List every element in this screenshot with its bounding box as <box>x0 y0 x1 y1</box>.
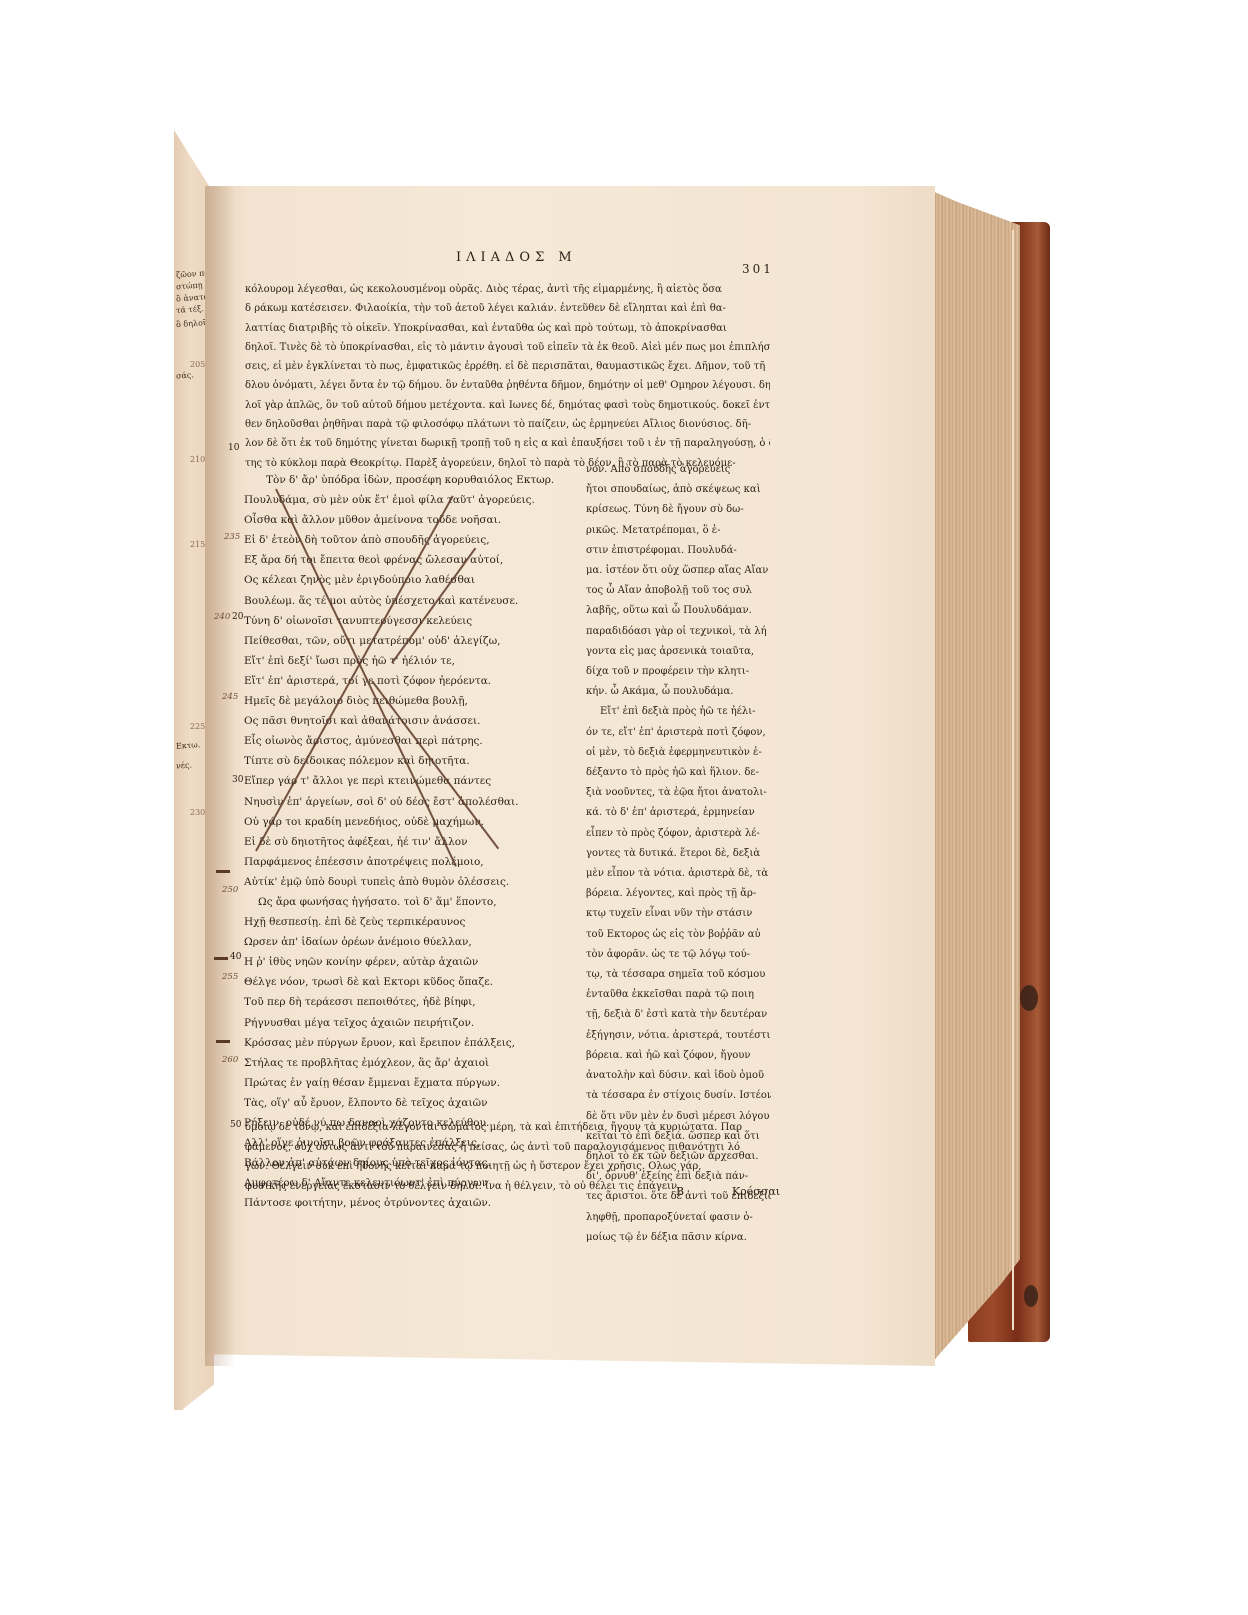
scholia-line: ξιὰ νοοῦντες, τὰ ἑῷα ἤτοι ἀνατολι- <box>586 783 771 803</box>
verse-line: Τύνη δ' οἰωνοῖσι τανυπτερύγεσσι κελεύεις <box>244 611 579 631</box>
scholia-line: φυσικῆς ἐνεργείας ἔκστασιν τὸ θέλγειν δη… <box>245 1177 770 1197</box>
scholia-line: βόρεια. καὶ ἠῶ καὶ ζόφον, ἤγουν <box>586 1046 771 1066</box>
verse-line: Ος πᾶσι θνητοῖσι καὶ ἀθανάτοισιν ἀνάσσει… <box>244 711 579 731</box>
margin-fragment: σάς. <box>176 369 195 381</box>
scholia-line: μὲν εἶπον τὰ νότια. ἀριστερὰ δὲ, τὰ <box>586 864 771 884</box>
scholia-line: δηλοῖ. Τινὲς δὲ τὸ ὑποκρίνασθαι, εἰς τὸ … <box>245 338 770 357</box>
scholia-line: ἐνταῦθα ἐκκεῖσθαι παρὰ τῷ ποιη <box>586 985 771 1005</box>
scholia-line: δ ράκωμ κατέσεισεν. Φιλαοίκία, τὴν τοῦ ἀ… <box>245 299 770 318</box>
verse-line: Ρήγνυσθαι μέγα τεῖχος ἀχαιῶν πειρήτιζον. <box>244 1013 579 1033</box>
verse-line: Στήλας τε προβλῆτας ἐμόχλεον, ἃς ἄρ' ἀχα… <box>244 1053 579 1073</box>
manicule-mark <box>214 957 228 960</box>
verse-line: Εἴτ' ἐπὶ δεξί' ἴωσι πρὸς ἠῶ τ' ἠέλιόν τε… <box>244 651 579 671</box>
scholia-line: λαττίας διατριβῆς τὸ οἰκεῖν. Υποκρίνασθα… <box>245 319 770 338</box>
verse-line: Εἴτ' ἐπ' ἀριστερά, τοί γε ποτὶ ζόφον ἠερ… <box>244 671 579 691</box>
verse-line: Θέλγε νόον, τρωσὶ δὲ καὶ Εκτορι κῦδος ὄπ… <box>244 972 579 992</box>
margin-verse-number: 210 <box>190 455 205 464</box>
page-number: 301 <box>742 262 774 276</box>
scholia-line: τῳ, τὰ τέσσαρα σημεῖα τοῦ κόσμου <box>586 965 771 985</box>
margin-fragment: νές. <box>176 759 193 771</box>
scholia-line: φάμενος, οὐχ οὕτως ἀντὶ τοῦ παραινέσας ἢ… <box>245 1138 770 1158</box>
book-photograph: ζῶον πολύ- στώπῃ δᾶ ὃ ἀνατολή τά τέξ. ὃ … <box>0 0 1248 1615</box>
scholia-line: νον. Απὸ σπουδῆς ἀγορεύεις <box>586 460 771 480</box>
margin-fragment: ὃ δηλοῖ, <box>176 317 209 330</box>
verse-line: Ος κέλεαι ζηνὸς μὲν ἐριγδούποιο λαθέσθαι <box>244 570 579 590</box>
verse-line: Ημεῖς δὲ μεγάλοιο διὸς πειθώμεθα βουλῇ, <box>244 691 579 711</box>
scholia-line: κρίσεως. Τύνη δὲ ἤγουν σὺ δω- <box>586 500 771 520</box>
catchword: Κρόσσαι <box>732 1185 780 1198</box>
margin-fragment: τά τέξ. <box>176 303 205 316</box>
scholia-line: κτῳ τυχεῖν εἶναι νῦν τὴν στάσιν <box>586 904 771 924</box>
verse-line: Τὸν δ' ἄρ' ὑπόδρα ἰδὼν, προσέφη κορυθαιό… <box>244 470 579 490</box>
margin-verse-number: 225 <box>190 722 205 731</box>
scholia-line: ρικῶς. Μετατρέπομαι, ὃ ἐ- <box>586 521 771 541</box>
handwritten-verse-number: 245 <box>222 692 238 702</box>
verse-line: Νηυσὶν ἐπ' ἀργείων, σοὶ δ' οὐ δέος ἔστ' … <box>244 792 579 812</box>
scholia-line: κά. τὸ δ' ἐπ' ἀριστερά, ἑρμηνείαν <box>586 803 771 823</box>
verse-line: Κρόσσας μὲν πύργων ἔρυον, καὶ ἔρειπον ἐπ… <box>244 1033 579 1053</box>
verse-line: Εἰ δ' ἐτεὸν δὴ τοῦτον ἀπὸ σπουδῆς ἀγορεύ… <box>244 530 579 550</box>
homer-verse-column: Τὸν δ' ἄρ' ὑπόδρα ἰδὼν, προσέφη κορυθαιό… <box>244 470 579 1213</box>
scholia-top-block: κόλουρομ λέγεσθαι, ὡς κεκολουσμένομ οὐρᾶ… <box>245 280 770 473</box>
printed-line-number: 50 <box>230 1120 241 1130</box>
cover-stain <box>1020 985 1038 1011</box>
scholia-line: ἀνατολὴν καὶ δύσιν. καὶ ἰδοὺ ὁμοῦ <box>586 1066 771 1086</box>
scholia-line: γοντες τὰ δυτικά. ἕτεροι δὲ, δεξιὰ <box>586 844 771 864</box>
verse-line: Τὰς, οἵγ' αὖ ἔρυον, ἔλποντο δὲ τεῖχος ἀχ… <box>244 1093 579 1113</box>
signature-mark: B <box>676 1185 684 1198</box>
scholia-line: ἐξήγησιν, νότια. ἀριστερά, τουτέστι <box>586 1026 771 1046</box>
scholia-line: θεν δηλοῦσθαι ῥηθῆναι παρὰ τῷ φιλοσόφῳ π… <box>245 415 770 434</box>
scholia-line: λοῖ γὰρ ἁπλῶς, ὃν τοῦ αὐτοῦ δήμου μετέχο… <box>245 396 770 415</box>
scholia-line: λαβῆς, οὕτω καὶ ὦ Πουλυδάμαν. <box>586 601 771 621</box>
running-head: ΙΛΙΑΔΟΣ Μ <box>456 250 577 265</box>
handwritten-verse-number: 260 <box>222 1055 238 1065</box>
scholia-line: δίχα τοῦ ν προφέρειν τὴν κλητι- <box>586 662 771 682</box>
scholia-line: τος ὦ Αἴαν ἀποβολῇ τοῦ τος συλ <box>586 581 771 601</box>
page-edges <box>930 190 1020 1365</box>
scholia-line: παραδιδόασι γὰρ οἱ τεχνικοὶ, τὰ λή <box>586 622 771 642</box>
scholia-line: κήν. ὦ Ακάμα, ὦ πουλυδάμα. <box>586 682 771 702</box>
scholia-line: βόρεια. λέγοντες, καὶ πρὸς τῇ ἄρ- <box>586 884 771 904</box>
verse-line: Πάντοσε φοιτήτην, μένος ὀτρύνοντες ἀχαιῶ… <box>244 1193 579 1213</box>
scholia-line: στιν ἐπιστρέφομαι. Πουλυδά- <box>586 541 771 561</box>
manicule-mark <box>216 870 230 873</box>
manicule-mark <box>216 1040 230 1043</box>
verse-line: Τοῦ περ δὴ τεράεσσι πεποιθότες, ἠδὲ βίηφ… <box>244 992 579 1012</box>
verse-line: Η ῥ' ἰθὺς νηῶν κονίην φέρεν, αὐτὰρ ἀχαιῶ… <box>244 952 579 972</box>
verse-line: Παρφάμενος ἐπέεσσιν ἀποτρέψεις πολέμοιο, <box>244 852 579 872</box>
margin-fragment: Εκτω. <box>176 739 201 752</box>
scholia-line: τὸν ἀφορᾶν. ὡς τε τῷ λόγῳ τού- <box>586 945 771 965</box>
scholia-line: ἤτοι σπουδαίως, ἀπὸ σκέψεως καὶ <box>586 480 771 500</box>
scholia-line: μοίως τῷ ἐν δέξια πᾶσιν κίρνα. <box>586 1228 771 1248</box>
scholia-line: μα. ἰστέον ὅτι οὐχ ὥσπερ αἴας Αἴαν <box>586 561 771 581</box>
scholia-line: σεις, εἰ μὲν ἐγκλίνεται τὸ πως, ἐμφατικῶ… <box>245 357 770 376</box>
scholia-line: ληφθῇ, προπαροξύνεταί φασιν ὁ- <box>586 1208 771 1228</box>
scholia-line: ὁμοίῳ δὲ τόνῳ, καὶ ἐπιδέξια λέγονται σώμ… <box>245 1118 770 1138</box>
margin-verse-number: 215 <box>190 540 205 549</box>
scholia-line: δέξαντο τὸ πρὸς ἠῶ καὶ ἥλιον. δε- <box>586 763 771 783</box>
scholia-line: τῇ, δεξιὰ δ' ἐστὶ κατὰ τὴν δευτέραν <box>586 1005 771 1025</box>
handwritten-verse-number: 240 <box>214 612 230 622</box>
scholia-line: εἶπεν τὸ πρὸς ζόφον, ἀριστερὰ λέ- <box>586 824 771 844</box>
handwritten-verse-number: 255 <box>222 972 238 982</box>
scholia-line: Εἴτ' ἐπὶ δεξιὰ πρὸς ἠῶ τε ἠέλι- <box>586 702 771 722</box>
printed-line-number: 10 <box>228 443 239 453</box>
cover-stain <box>1024 1285 1038 1307</box>
scholia-line: γοντα εἰς μας ἀρσενικὰ τοιαῦτα, <box>586 642 771 662</box>
verse-line: Πρώτας ἐν γαίῃ θέσαν ἔμμεναι ἔχματα πύργ… <box>244 1073 579 1093</box>
page-edge-highlight <box>1012 230 1014 1330</box>
scholia-line: οἱ μὲν, τὸ δεξιὰ ἐφερμηνευτικὸν ἐ- <box>586 743 771 763</box>
verse-line: Βουλέωμ. ἅς τέ μοι αὐτὸς ὑπέσχετο καὶ κα… <box>244 591 579 611</box>
printed-line-number: 40 <box>230 952 241 962</box>
margin-verse-number: 205 <box>190 360 205 369</box>
scholia-line: κόλουρομ λέγεσθαι, ὡς κεκολουσμένομ οὐρᾶ… <box>245 280 770 299</box>
handwritten-verse-number: 235 <box>224 532 240 542</box>
scholia-line: τὰ τέσσαρα ἐν στίχοις δυσίν. Ιστέον <box>586 1086 771 1106</box>
scholia-line: όν τε, εἴτ' ἐπ' ἀριστερὰ ποτὶ ζόφον, <box>586 723 771 743</box>
scholia-line: γων. Θέλγειν οὐκ ἐπὶ ἡδονῆς κεῖται παρὰ … <box>245 1157 770 1177</box>
verse-line: Ως ἄρα φωνήσας ἡγήσατο. τοὶ δ' ἅμ' ἕποντ… <box>244 892 579 912</box>
printed-line-number: 20 <box>232 612 243 622</box>
gutter-shadow <box>205 186 235 1366</box>
verse-line: Τίπτε σὺ δείδοικας πόλεμον καὶ δηιοτῆτα. <box>244 751 579 771</box>
verse-line: Πουλυδάμα, σὺ μὲν οὐκ ἔτ' ἐμοὶ φίλα ταῦτ… <box>244 490 579 510</box>
scholia-line: δλου ὀνόματι, λέγει ὄντα ἐν τῷ δήμου. ὃν… <box>245 376 770 395</box>
scholia-line: τοῦ Εκτορος ὡς εἰς τὸν βοῤῥᾶν αὐ <box>586 925 771 945</box>
margin-verse-number: 230 <box>190 808 205 817</box>
verse-line: Ωρσεν ἀπ' ἰδαίων ὀρέων ἀνέμοιο θύελλαν, <box>244 932 579 952</box>
verse-line: Εἰ δὲ σὺ δηιοτῆτος ἀφέξεαι, ἠέ τιν' ἄλλο… <box>244 832 579 852</box>
printed-line-number: 30 <box>232 775 243 785</box>
scholia-bottom-block: ὁμοίῳ δὲ τόνῳ, καὶ ἐπιδέξια λέγονται σώμ… <box>245 1118 770 1196</box>
verse-line: Οὐ γάρ τοι κραδίη μενεδήιος, οὐδὲ μαχήμω… <box>244 812 579 832</box>
scholia-line: λον δὲ ὅτι ἐκ τοῦ δημότης γίνεται δωρικῇ… <box>245 434 770 453</box>
verse-line: Αὐτίκ' ἐμῷ ὑπὸ δουρὶ τυπεὶς ἀπὸ θυμὸν ὀλ… <box>244 872 579 892</box>
verse-line: Ηχῇ θεσπεσίῃ. ἐπὶ δὲ ζεὺς τερπικέραυνος <box>244 912 579 932</box>
handwritten-verse-number: 250 <box>222 885 238 895</box>
